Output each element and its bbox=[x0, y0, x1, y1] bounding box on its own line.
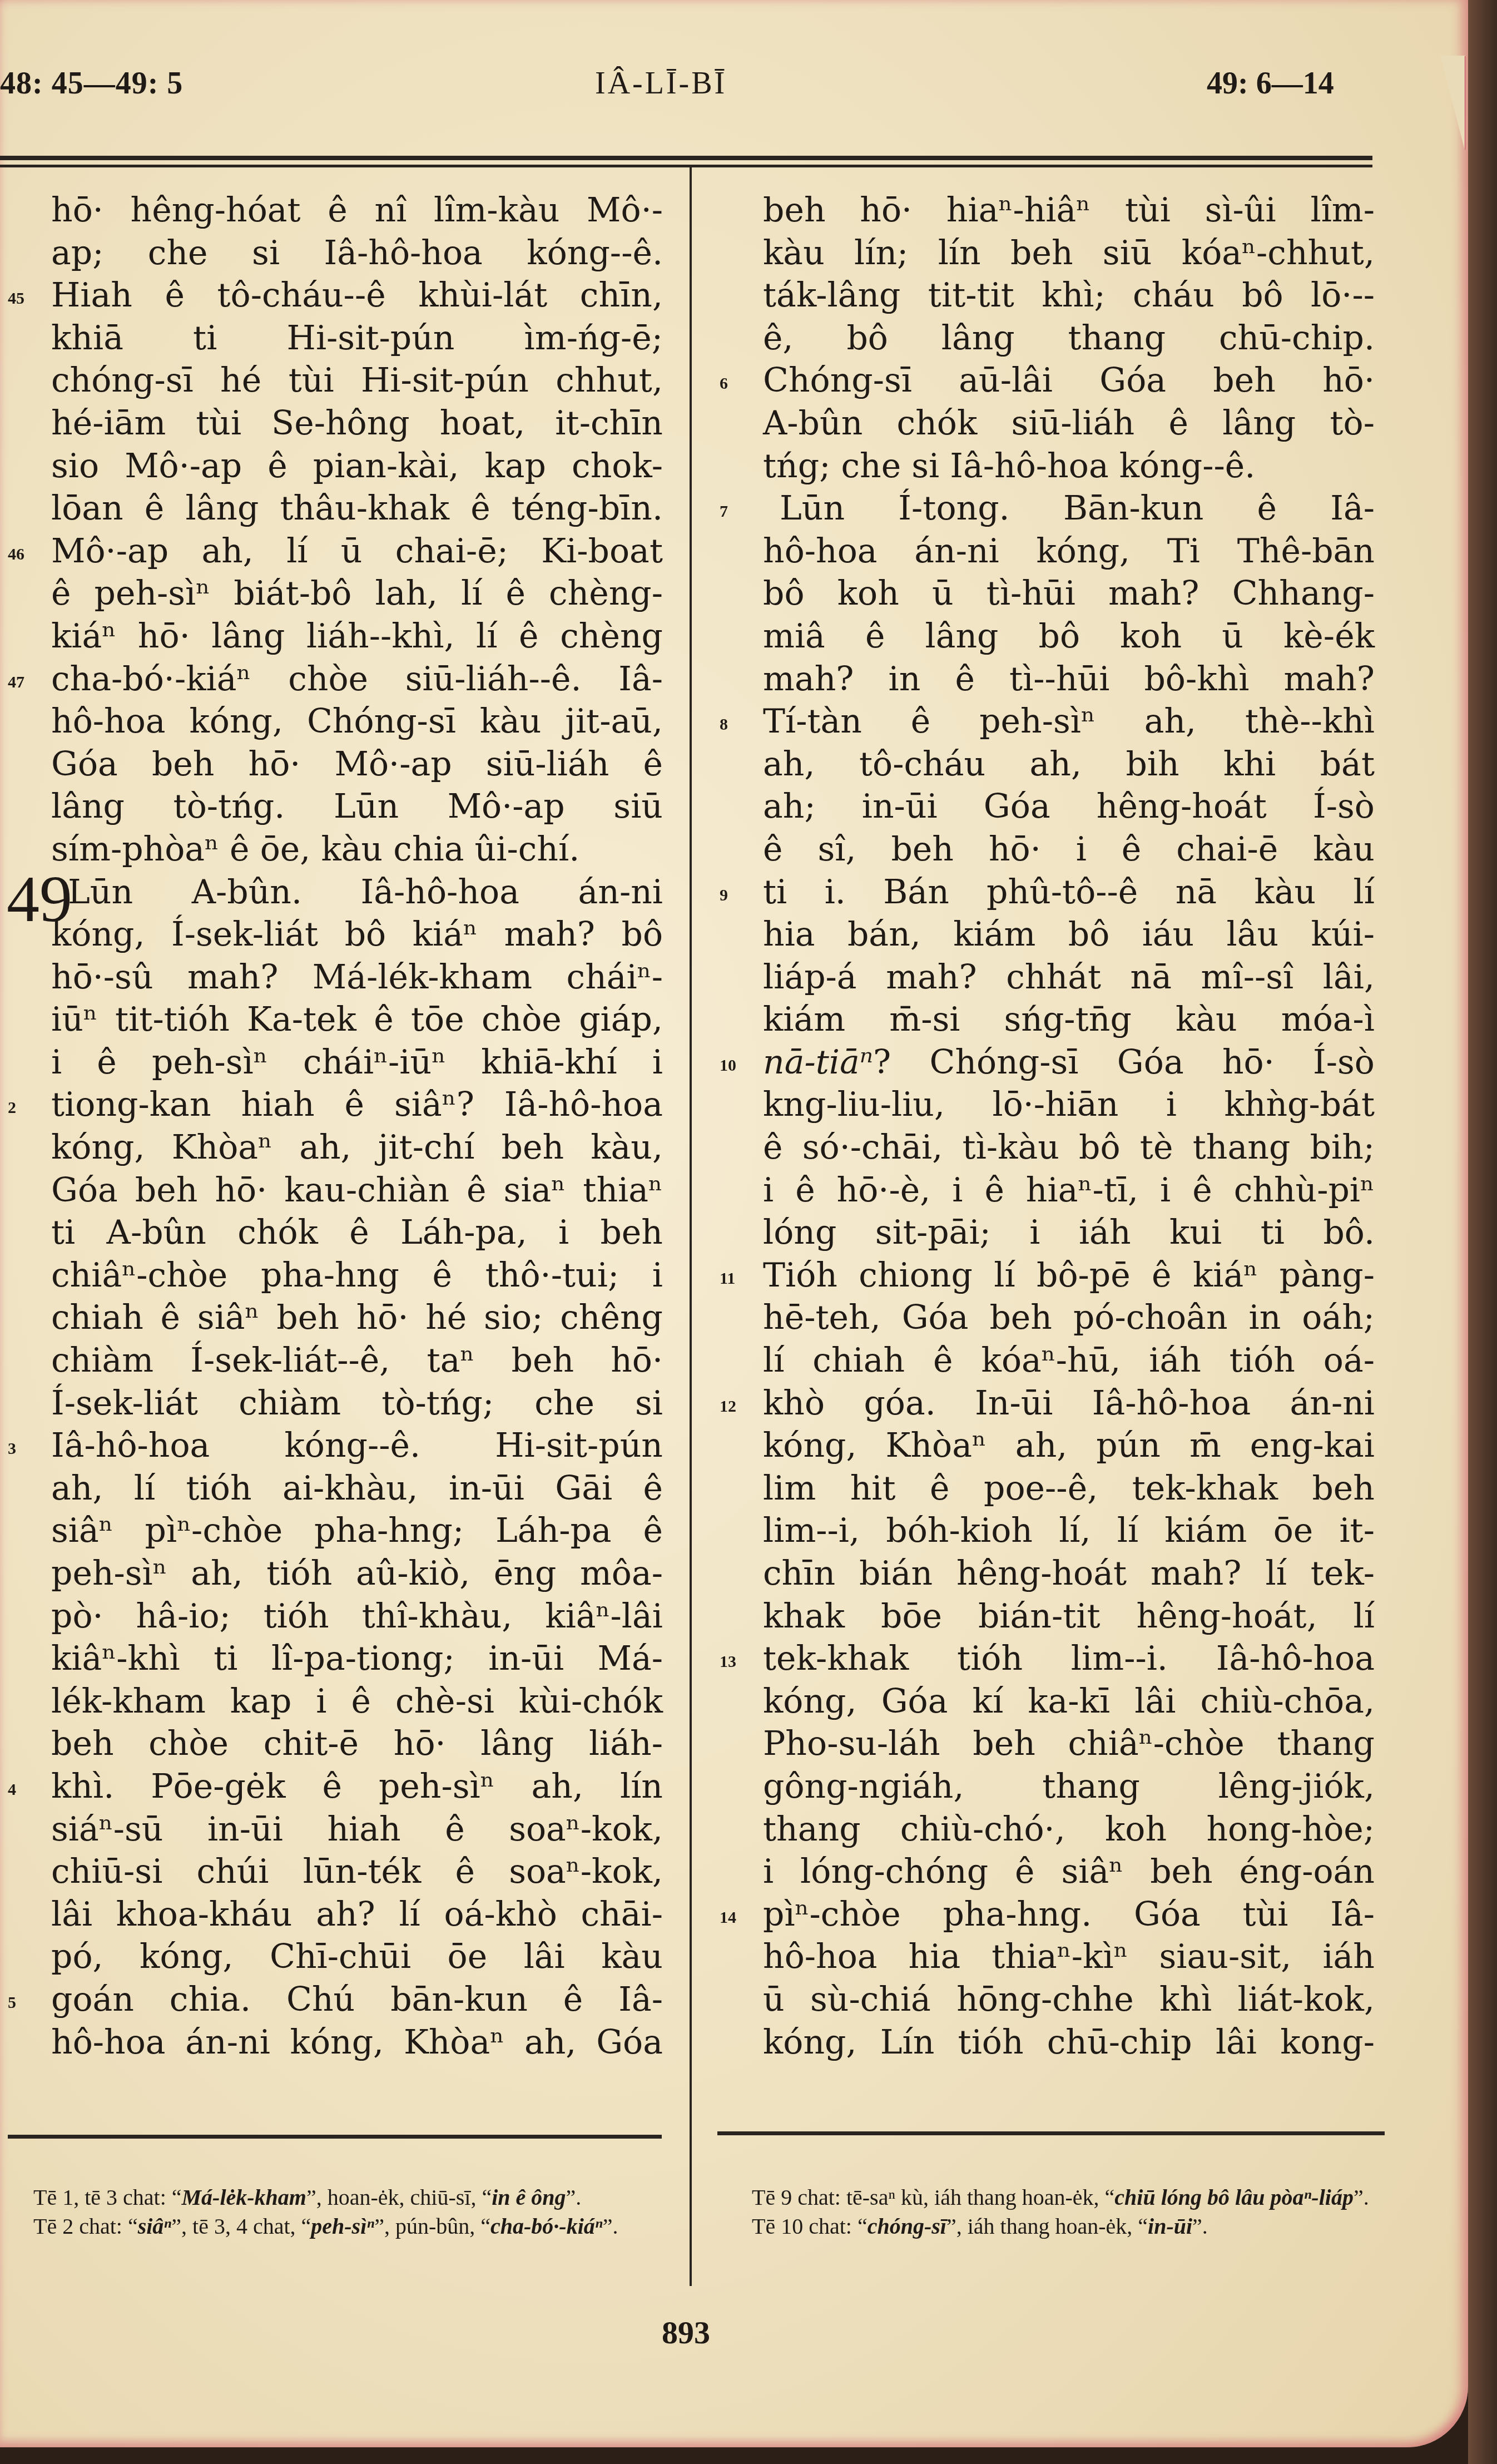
line-text: lâi khoa-kháu ah? lí oá-khò chāi- bbox=[51, 1895, 663, 1934]
line-text: lóng sit-pāi; i iáh kui ti bô. bbox=[763, 1213, 1375, 1252]
text-line: kng-liu-liu, lō·-hiān i khǹg-bát bbox=[763, 1083, 1375, 1126]
book-edge bbox=[1468, 0, 1497, 2464]
line-text: beh hō· hiaⁿ-hiâⁿ tùi sì-ûi lîm- bbox=[763, 191, 1375, 230]
text-line: khiā ti Hi-sit-pún ìm-ńg-ē; bbox=[51, 317, 663, 360]
text-line: Góa beh hō· Mô·-ap siū-liáh ê bbox=[51, 743, 663, 786]
text-line: ap; che si Iâ-hô-hoa kóng--ê. bbox=[51, 232, 663, 275]
line-text: chiàm Í-sek-liát--ê, taⁿ beh hō· bbox=[51, 1341, 663, 1380]
line-text: sio Mô·-ap ê pian-kài, kap chok- bbox=[51, 447, 663, 486]
line-text: goán chia. Chú bān-kun ê Iâ- bbox=[51, 1980, 663, 2019]
text-line: 3Iâ-hô-hoa kóng--ê. Hi-sit-pún bbox=[51, 1424, 663, 1467]
line-text: kóng, Khòaⁿ ah, pún m̄ eng-kai bbox=[763, 1426, 1375, 1465]
line-text: kng-liu-liu, lō·-hiān i khǹg-bát bbox=[763, 1085, 1375, 1124]
line-text: Góa beh hō· Mô·-ap siū-liáh ê bbox=[51, 745, 663, 784]
text-line: kàu lín; lín beh siū kóaⁿ-chhut, bbox=[763, 232, 1375, 275]
text-line: i ê peh-sìⁿ cháiⁿ-iūⁿ khiā-khí i bbox=[51, 1041, 663, 1084]
text-line: miâ ê lâng bô koh ū kè-ék bbox=[763, 615, 1375, 658]
text-line: hô-hoa án-ni kóng, Ti Thê-bān bbox=[763, 530, 1375, 573]
text-line: khak bōe bián-tit hêng-hoát, lí bbox=[763, 1595, 1375, 1638]
right-text-column: beh hō· hiaⁿ-hiâⁿ tùi sì-ûi lîm-kàu lín;… bbox=[763, 189, 1375, 2064]
text-line: 2tiong-kan hiah ê siâⁿ? Iâ-hô-hoa bbox=[51, 1083, 663, 1126]
text-line: hô-hoa hia thiaⁿ-kìⁿ siau-sit, iáh bbox=[763, 1936, 1375, 1978]
line-text: ê só·-chāi, tì-kàu bô tè thang bih; bbox=[763, 1128, 1375, 1167]
text-line: Pho-su-láh beh chiâⁿ-chòe thang bbox=[763, 1723, 1375, 1765]
text-line: 14pìⁿ-chòe pha-hng. Góa tùi Iâ- bbox=[763, 1893, 1375, 1936]
line-text: nā-tiāⁿ? Chóng-sī Góa hō· Í-sò bbox=[763, 1043, 1375, 1082]
book-page: 48: 45—49: 5 IÂ-LĪ-BĪ 49: 6—14 hō· hêng-… bbox=[0, 0, 1468, 2447]
text-line: ah, lí tióh ai-khàu, in-ūi Gāi ê bbox=[51, 1467, 663, 1510]
text-line: hē-teh, Góa beh pó-choân in oáh; bbox=[763, 1297, 1375, 1339]
line-text: liáp-á mah? chhát nā mî--sî lâi, bbox=[763, 958, 1375, 997]
text-line: ah, tô-cháu ah, bih khi bát bbox=[763, 743, 1375, 786]
verse-number: 45 bbox=[8, 278, 24, 320]
line-text: pò· hâ-io; tióh thî-khàu, kiâⁿ-lâi bbox=[51, 1597, 663, 1636]
verse-number: 7 bbox=[720, 491, 728, 533]
text-line: i ê hō·-è, i ê hiaⁿ-tī, i ê chhù-piⁿ bbox=[763, 1169, 1375, 1212]
text-line: bô koh ū tì-hūi mah? Chhang- bbox=[763, 572, 1375, 615]
text-line: 9ti i. Bán phû-tô--ê nā kàu lí bbox=[763, 871, 1375, 914]
line-text: chiū-si chúi lūn-ték ê soaⁿ-kok, bbox=[51, 1852, 663, 1891]
text-line: pò· hâ-io; tióh thî-khàu, kiâⁿ-lâi bbox=[51, 1595, 663, 1638]
text-line: ê só·-chāi, tì-kàu bô tè thang bih; bbox=[763, 1126, 1375, 1169]
line-text: Í-sek-liát chiàm tò-tńg; che si bbox=[51, 1384, 663, 1423]
text-line: lim--i, bóh-kioh lí, lí kiám ōe it- bbox=[763, 1510, 1375, 1552]
verse-number: 6 bbox=[720, 363, 728, 405]
line-text: iūⁿ tit-tióh Ka-tek ê tōe chòe giáp, bbox=[51, 1000, 663, 1039]
line-text: i lóng-chóng ê siâⁿ beh éng-oán bbox=[763, 1852, 1375, 1891]
column-divider bbox=[690, 167, 692, 2286]
footnotes-left: Tē 1, tē 3 chat: “Má-lėk-kham”, hoan-ėk,… bbox=[11, 2183, 656, 2241]
text-line: ê peh-sìⁿ biát-bô lah, lí ê chèng- bbox=[51, 572, 663, 615]
line-text: kóng, Khòaⁿ ah, jit-chí beh kàu, bbox=[51, 1128, 663, 1167]
line-text: ê peh-sìⁿ biát-bô lah, lí ê chèng- bbox=[51, 574, 663, 613]
text-line: 12khò góa. In-ūi Iâ-hô-hoa án-ni bbox=[763, 1382, 1375, 1425]
verse-number: 12 bbox=[720, 1386, 736, 1428]
text-line: ê sî, beh hō· i ê chai-ē kàu bbox=[763, 828, 1375, 871]
line-text: ap; che si Iâ-hô-hoa kóng--ê. bbox=[51, 234, 663, 273]
line-text: hô-hoa hia thiaⁿ-kìⁿ siau-sit, iáh bbox=[763, 1937, 1375, 1976]
line-text: beh chòe chit-ē hō· lâng liáh- bbox=[51, 1724, 663, 1763]
line-text: khiā ti Hi-sit-pún ìm-ńg-ē; bbox=[51, 319, 663, 358]
line-text: hē-teh, Góa beh pó-choân in oáh; bbox=[763, 1298, 1375, 1337]
text-line: peh-sìⁿ ah, tióh aû-kiò, ēng môa- bbox=[51, 1552, 663, 1595]
left-text-column: hō· hêng-hóat ê nî lîm-kàu Mô·-ap; che s… bbox=[51, 189, 663, 2064]
text-line: i lóng-chóng ê siâⁿ beh éng-oán bbox=[763, 1851, 1375, 1893]
line-text: Lūn A-bûn. Iâ-hô-hoa án-ni bbox=[68, 873, 663, 912]
line-text: Hiah ê tô-cháu--ê khùi-lát chīn, bbox=[51, 276, 663, 315]
line-text: tńg; che si Iâ-hô-hoa kóng--ê. bbox=[763, 447, 1255, 486]
text-line: 13tek-khak tióh lim--i. Iâ-hô-hoa bbox=[763, 1637, 1375, 1680]
verse-number: 3 bbox=[8, 1428, 16, 1471]
folded-corner bbox=[1440, 56, 1465, 150]
text-line: kiáⁿ hō· lâng liáh--khì, lí ê chèng bbox=[51, 615, 663, 658]
text-line: A-bûn chók siū-liáh ê lâng tò- bbox=[763, 402, 1375, 445]
line-text: Chóng-sī aū-lâi Góa beh hō· bbox=[763, 361, 1375, 400]
verse-number: 4 bbox=[8, 1769, 16, 1812]
verse-number: 9 bbox=[720, 874, 728, 917]
line-text: A-bûn chók siū-liáh ê lâng tò- bbox=[763, 404, 1375, 443]
line-text: Lūn Í-tong. Bān-kun ê Iâ- bbox=[780, 489, 1375, 528]
line-text: lí chiah ê kóaⁿ-hū, iáh tióh oá- bbox=[763, 1341, 1375, 1380]
text-line: ah; in-ūi Góa hêng-hoát Í-sò bbox=[763, 785, 1375, 828]
text-line: hō·-sû mah? Má-lék-kham cháiⁿ- bbox=[51, 956, 663, 999]
footnotes-right: Tē 9 chat: tē-saⁿ kù, iáh thang hoan-ėk,… bbox=[730, 2183, 1380, 2241]
text-line: sio Mô·-ap ê pian-kài, kap chok- bbox=[51, 445, 663, 488]
text-line: kiâⁿ-khì ti lî-pa-tiong; in-ūi Má- bbox=[51, 1637, 663, 1680]
text-line: kóng, Í-sek-liát bô kiáⁿ mah? bô bbox=[51, 913, 663, 956]
line-text: chīn bián hêng-hoát mah? lí tek- bbox=[763, 1554, 1375, 1593]
text-line: chóng-sī hé tùi Hi-sit-pún chhut, bbox=[51, 359, 663, 402]
line-text: ah, tô-cháu ah, bih khi bát bbox=[763, 745, 1375, 784]
line-text: kiáⁿ hō· lâng liáh--khì, lí ê chèng bbox=[51, 617, 663, 656]
line-text: hō· hêng-hóat ê nî lîm-kàu Mô·- bbox=[51, 191, 663, 230]
text-line: chīn bián hêng-hoát mah? lí tek- bbox=[763, 1552, 1375, 1595]
text-line: Í-sek-liát chiàm tò-tńg; che si bbox=[51, 1382, 663, 1425]
footnote: Tē 1, tē 3 chat: “Má-lėk-kham”, hoan-ėk,… bbox=[11, 2183, 656, 2212]
line-text: mah? in ê tì--hūi bô-khì mah? bbox=[763, 660, 1375, 699]
line-text: pìⁿ-chòe pha-hng. Góa tùi Iâ- bbox=[763, 1895, 1375, 1934]
text-line: hô-hoa kóng, Chóng-sī kàu jit-aū, bbox=[51, 700, 663, 743]
line-text: Tióh chiong lí bô-pē ê kiáⁿ pàng- bbox=[763, 1256, 1375, 1295]
text-line: hô-hoa án-ni kóng, Khòaⁿ ah, Góa bbox=[51, 2021, 663, 2064]
text-line: lóng sit-pāi; i iáh kui ti bô. bbox=[763, 1211, 1375, 1254]
verse-number: 10 bbox=[720, 1045, 736, 1087]
running-head-book-title: IÂ-LĪ-BĪ bbox=[595, 66, 727, 101]
line-text: chiâⁿ-chòe pha-hng ê thô·-tui; i bbox=[51, 1256, 663, 1295]
line-text: ták-lâng tit-tit khì; cháu bô lō·-- bbox=[763, 276, 1375, 315]
line-text: Pho-su-láh beh chiâⁿ-chòe thang bbox=[763, 1724, 1375, 1763]
text-line: 5goán chia. Chú bān-kun ê Iâ- bbox=[51, 1978, 663, 2021]
text-line: pó, kóng, Chī-chūi ōe lâi kàu bbox=[51, 1936, 663, 1978]
running-head-left-range: 48: 45—49: 5 bbox=[0, 66, 183, 101]
text-line: lim hit ê poe--ê, tek-khak beh bbox=[763, 1467, 1375, 1510]
line-text: khì. Pōe-gėk ê peh-sìⁿ ah, lín bbox=[51, 1767, 663, 1806]
text-line: 10nā-tiāⁿ? Chóng-sī Góa hō· Í-sò bbox=[763, 1041, 1375, 1084]
text-line: iūⁿ tit-tióh Ka-tek ê tōe chòe giáp, bbox=[51, 998, 663, 1041]
verse-number: 2 bbox=[8, 1087, 16, 1130]
footnote-rule-right bbox=[717, 2131, 1385, 2135]
text-line: lâng tò-tńg. Lūn Mô·-ap siū bbox=[51, 785, 663, 828]
line-text: hô-hoa kóng, Chóng-sī kàu jit-aū, bbox=[51, 702, 663, 741]
line-text: i ê hō·-è, i ê hiaⁿ-tī, i ê chhù-piⁿ bbox=[763, 1171, 1375, 1210]
header-rule-thin bbox=[0, 165, 1372, 167]
text-line: chiū-si chúi lūn-ték ê soaⁿ-kok, bbox=[51, 1851, 663, 1893]
line-text: ti A-bûn chók ê Láh-pa, i beh bbox=[51, 1213, 663, 1252]
line-text: lōan ê lâng thâu-khak ê téng-bīn. bbox=[51, 489, 663, 528]
verse-number: 47 bbox=[8, 661, 24, 704]
line-text: miâ ê lâng bô koh ū kè-ék bbox=[763, 617, 1375, 656]
text-line: 4khì. Pōe-gėk ê peh-sìⁿ ah, lín bbox=[51, 1765, 663, 1808]
line-text: siâⁿ pìⁿ-chòe pha-hng; Láh-pa ê bbox=[51, 1511, 663, 1550]
text-line: beh chòe chit-ē hō· lâng liáh- bbox=[51, 1723, 663, 1765]
verse-number: 14 bbox=[720, 1897, 736, 1939]
text-line: lōan ê lâng thâu-khak ê téng-bīn. bbox=[51, 487, 663, 530]
line-text: lim hit ê poe--ê, tek-khak beh bbox=[763, 1469, 1375, 1508]
line-text: i ê peh-sìⁿ cháiⁿ-iūⁿ khiā-khí i bbox=[51, 1043, 663, 1082]
line-text: khò góa. In-ūi Iâ-hô-hoa án-ni bbox=[763, 1384, 1375, 1423]
text-line: chiâⁿ-chòe pha-hng ê thô·-tui; i bbox=[51, 1254, 663, 1297]
text-line: 45Hiah ê tô-cháu--ê khùi-lát chīn, bbox=[51, 274, 663, 317]
line-text: kóng, Lín tióh chū-chip lâi kong- bbox=[763, 2023, 1375, 2062]
line-text: ah; in-ūi Góa hêng-hoát Í-sò bbox=[763, 787, 1375, 826]
text-line: 6Chóng-sī aū-lâi Góa beh hō· bbox=[763, 359, 1375, 402]
text-line: hia bán, kiám bô iáu lâu kúi- bbox=[763, 913, 1375, 956]
line-text: Iâ-hô-hoa kóng--ê. Hi-sit-pún bbox=[51, 1426, 663, 1465]
text-line: 8Tí-tàn ê peh-sìⁿ ah, thè--khì bbox=[763, 700, 1375, 743]
text-line: hé-iām tùi Se-hông hoat, it-chīn bbox=[51, 402, 663, 445]
text-line: lí chiah ê kóaⁿ-hū, iáh tióh oá- bbox=[763, 1339, 1375, 1382]
line-text: kiám m̄-si sńg-tn̄g kàu móa-ì bbox=[763, 1000, 1375, 1039]
running-head: 48: 45—49: 5 IÂ-LĪ-BĪ 49: 6—14 bbox=[0, 66, 1379, 110]
text-line: siâⁿ pìⁿ-chòe pha-hng; Láh-pa ê bbox=[51, 1510, 663, 1552]
line-text: bô koh ū tì-hūi mah? Chhang- bbox=[763, 574, 1375, 613]
line-text: peh-sìⁿ ah, tióh aû-kiò, ēng môa- bbox=[51, 1554, 663, 1593]
line-text: siáⁿ-sū in-ūi hiah ê soaⁿ-kok, bbox=[51, 1810, 663, 1849]
text-line: kiám m̄-si sńg-tn̄g kàu móa-ì bbox=[763, 998, 1375, 1041]
text-line: kóng, Góa kí ka-kī lâi chiù-chōa, bbox=[763, 1680, 1375, 1723]
verse-number: 13 bbox=[720, 1641, 736, 1684]
text-line: chiah ê siâⁿ beh hō· hé sio; chêng bbox=[51, 1297, 663, 1339]
text-line: mah? in ê tì--hūi bô-khì mah? bbox=[763, 658, 1375, 701]
footnote: Tē 2 chat: “siâⁿ”, tē 3, 4 chat, “peh-sì… bbox=[11, 2212, 656, 2241]
line-text: ti i. Bán phû-tô--ê nā kàu lí bbox=[763, 873, 1375, 912]
line-text: chóng-sī hé tùi Hi-sit-pún chhut, bbox=[51, 361, 663, 400]
text-line: sím-phòaⁿ ê ōe, kàu chia ûi-chí. bbox=[51, 828, 663, 871]
text-line: ū sù-chiá hōng-chhe khì liát-kok, bbox=[763, 1978, 1375, 2021]
text-line: lâi khoa-kháu ah? lí oá-khò chāi- bbox=[51, 1893, 663, 1936]
page-number: 893 bbox=[662, 2314, 710, 2351]
header-rule-thick bbox=[0, 156, 1372, 160]
line-text: lék-kham kap i ê chè-si kùi-chók bbox=[51, 1682, 663, 1721]
text-line: chiàm Í-sek-liát--ê, taⁿ beh hō· bbox=[51, 1339, 663, 1382]
line-text: tiong-kan hiah ê siâⁿ? Iâ-hô-hoa bbox=[51, 1085, 663, 1124]
footnote-rule-left bbox=[8, 2135, 662, 2139]
line-text: khak bōe bián-tit hêng-hoát, lí bbox=[763, 1597, 1375, 1636]
text-line: ê, bô lâng thang chū-chip. bbox=[763, 317, 1375, 360]
line-text: Tí-tàn ê peh-sìⁿ ah, thè--khì bbox=[763, 702, 1375, 741]
text-line: 7Lūn Í-tong. Bān-kun ê Iâ- bbox=[763, 487, 1375, 530]
text-line: tńg; che si Iâ-hô-hoa kóng--ê. bbox=[763, 445, 1375, 488]
line-text: pó, kóng, Chī-chūi ōe lâi kàu bbox=[51, 1937, 663, 1976]
line-text: kiâⁿ-khì ti lî-pa-tiong; in-ūi Má- bbox=[51, 1639, 663, 1678]
line-text: tek-khak tióh lim--i. Iâ-hô-hoa bbox=[763, 1639, 1375, 1678]
text-line: beh hō· hiaⁿ-hiâⁿ tùi sì-ûi lîm- bbox=[763, 189, 1375, 232]
line-text: hia bán, kiám bô iáu lâu kúi- bbox=[763, 915, 1375, 954]
line-text: Mô·-ap ah, lí ū chai-ē; Ki-boat bbox=[51, 532, 663, 571]
line-text: lâng tò-tńg. Lūn Mô·-ap siū bbox=[51, 787, 663, 826]
line-text: kàu lín; lín beh siū kóaⁿ-chhut, bbox=[763, 234, 1375, 273]
line-text: gông-ngiáh, thang lêng-jiók, bbox=[763, 1767, 1375, 1806]
verse-number: 8 bbox=[720, 704, 728, 746]
verse-number: 46 bbox=[8, 533, 24, 576]
line-text: ê, bô lâng thang chū-chip. bbox=[763, 319, 1375, 358]
line-text: ah, lí tióh ai-khàu, in-ūi Gāi ê bbox=[51, 1469, 663, 1508]
line-text: thang chiù-chó·, koh hong-hòe; bbox=[763, 1810, 1375, 1849]
text-line: 47cha-bó·-kiáⁿ chòe siū-liáh--ê. Iâ- bbox=[51, 658, 663, 701]
text-line: siáⁿ-sū in-ūi hiah ê soaⁿ-kok, bbox=[51, 1808, 663, 1851]
text-line: Góa beh hō· kau-chiàn ê siaⁿ thiaⁿ bbox=[51, 1169, 663, 1212]
text-line: gông-ngiáh, thang lêng-jiók, bbox=[763, 1765, 1375, 1808]
line-text: sím-phòaⁿ ê ōe, kàu chia ûi-chí. bbox=[51, 830, 579, 869]
line-text: ū sù-chiá hōng-chhe khì liát-kok, bbox=[763, 1980, 1375, 2019]
line-text: hé-iām tùi Se-hông hoat, it-chīn bbox=[51, 404, 663, 443]
line-text: hô-hoa án-ni kóng, Khòaⁿ ah, Góa bbox=[51, 2023, 663, 2062]
footnote: Tē 10 chat: “chóng-sī”, iáh thang hoan-ė… bbox=[730, 2212, 1380, 2241]
text-line: lék-kham kap i ê chè-si kùi-chók bbox=[51, 1680, 663, 1723]
text-line: 11Tióh chiong lí bô-pē ê kiáⁿ pàng- bbox=[763, 1254, 1375, 1297]
line-text: hō·-sû mah? Má-lék-kham cháiⁿ- bbox=[51, 958, 663, 997]
text-line: kóng, Khòaⁿ ah, jit-chí beh kàu, bbox=[51, 1126, 663, 1169]
text-line: kóng, Lín tióh chū-chip lâi kong- bbox=[763, 2021, 1375, 2064]
line-text: hô-hoa án-ni kóng, Ti Thê-bān bbox=[763, 532, 1375, 571]
line-text: cha-bó·-kiáⁿ chòe siū-liáh--ê. Iâ- bbox=[51, 660, 663, 699]
line-text: Góa beh hō· kau-chiàn ê siaⁿ thiaⁿ bbox=[51, 1171, 663, 1210]
text-line: liáp-á mah? chhát nā mî--sî lâi, bbox=[763, 956, 1375, 999]
text-line: thang chiù-chó·, koh hong-hòe; bbox=[763, 1808, 1375, 1851]
text-line: hō· hêng-hóat ê nî lîm-kàu Mô·- bbox=[51, 189, 663, 232]
line-text: ê sî, beh hō· i ê chai-ē kàu bbox=[763, 830, 1375, 869]
verse-number: 5 bbox=[8, 1982, 16, 2025]
line-text: kóng, Í-sek-liát bô kiáⁿ mah? bô bbox=[51, 915, 663, 954]
line-text: chiah ê siâⁿ beh hō· hé sio; chêng bbox=[51, 1298, 663, 1337]
text-line: 46Mô·-ap ah, lí ū chai-ē; Ki-boat bbox=[51, 530, 663, 573]
text-line: ták-lâng tit-tit khì; cháu bô lō·-- bbox=[763, 274, 1375, 317]
text-line: 49Lūn A-bûn. Iâ-hô-hoa án-ni bbox=[51, 871, 663, 914]
line-text: kóng, Góa kí ka-kī lâi chiù-chōa, bbox=[763, 1682, 1375, 1721]
footnote: Tē 9 chat: tē-saⁿ kù, iáh thang hoan-ėk,… bbox=[730, 2183, 1380, 2212]
text-line: kóng, Khòaⁿ ah, pún m̄ eng-kai bbox=[763, 1424, 1375, 1467]
text-line: ti A-bûn chók ê Láh-pa, i beh bbox=[51, 1211, 663, 1254]
line-text: lim--i, bóh-kioh lí, lí kiám ōe it- bbox=[763, 1511, 1375, 1550]
running-head-right-range: 49: 6—14 bbox=[1207, 66, 1334, 101]
verse-number: 11 bbox=[720, 1258, 735, 1300]
